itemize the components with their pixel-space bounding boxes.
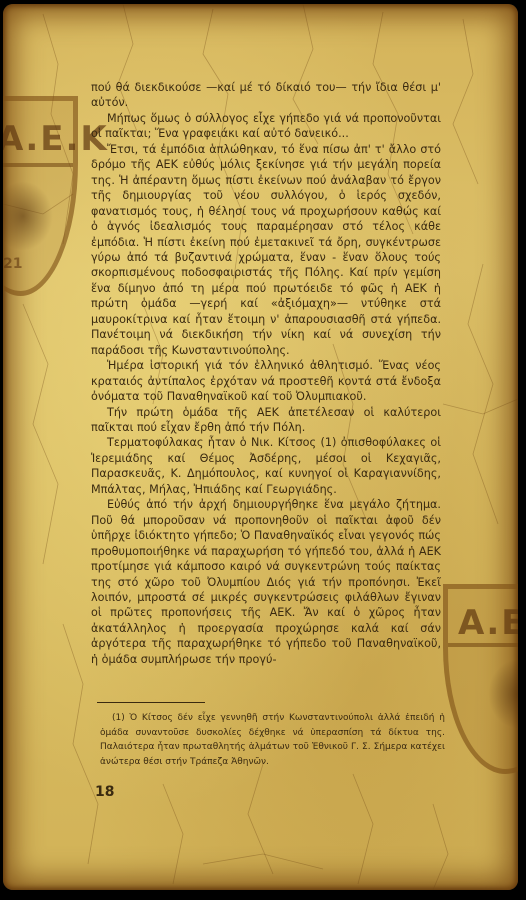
emblem-letters: Α.Ε xyxy=(458,603,518,643)
paragraph: Ἔτσι, τά ἐμπόδια ἁπλώθηκαν, τό ἕνα πίσω … xyxy=(91,142,441,358)
double-headed-eagle-icon xyxy=(3,181,53,251)
emblem-bar xyxy=(3,163,73,167)
paragraph: Εὐθύς ἀπό τήν ἀρχή δημιουργήθηκε ἕνα μεγ… xyxy=(91,497,441,667)
emblem-bar xyxy=(448,643,518,647)
footnote: (1) Ὁ Κίτσος δέν εἶχε γεννηθῆ στήν Κωνστ… xyxy=(100,711,445,769)
paragraph: Τερματοφύλακας ἦταν ὁ Νικ. Κίτσος (1) ὀπ… xyxy=(91,435,441,497)
page-number: 18 xyxy=(95,784,114,800)
paragraph: Ἡμέρα ἱστορική γιά τόν ἑλληνικό ἀθλητισμ… xyxy=(91,358,441,404)
emblem-year: 21 xyxy=(3,256,22,272)
body-text: πού θά διεκδικούσε —καί μέ τό δίκαιό του… xyxy=(91,80,441,667)
paragraph: Μήπως ὅμως ὁ σύλλογος εἶχε γήπεδο γιά νά… xyxy=(91,111,441,142)
footnote-divider xyxy=(97,702,205,703)
aek-emblem-left: Α.Ε.Κ 21 xyxy=(3,96,78,296)
double-headed-eagle-icon xyxy=(488,659,518,729)
paragraph: πού θά διεκδικούσε —καί μέ τό δίκαιό του… xyxy=(91,80,441,111)
paragraph: Τήν πρώτη ὁμάδα τῆς ΑΕΚ ἀπετέλεσαν οἱ κα… xyxy=(91,405,441,436)
aek-emblem-right: Α.Ε xyxy=(443,584,518,774)
